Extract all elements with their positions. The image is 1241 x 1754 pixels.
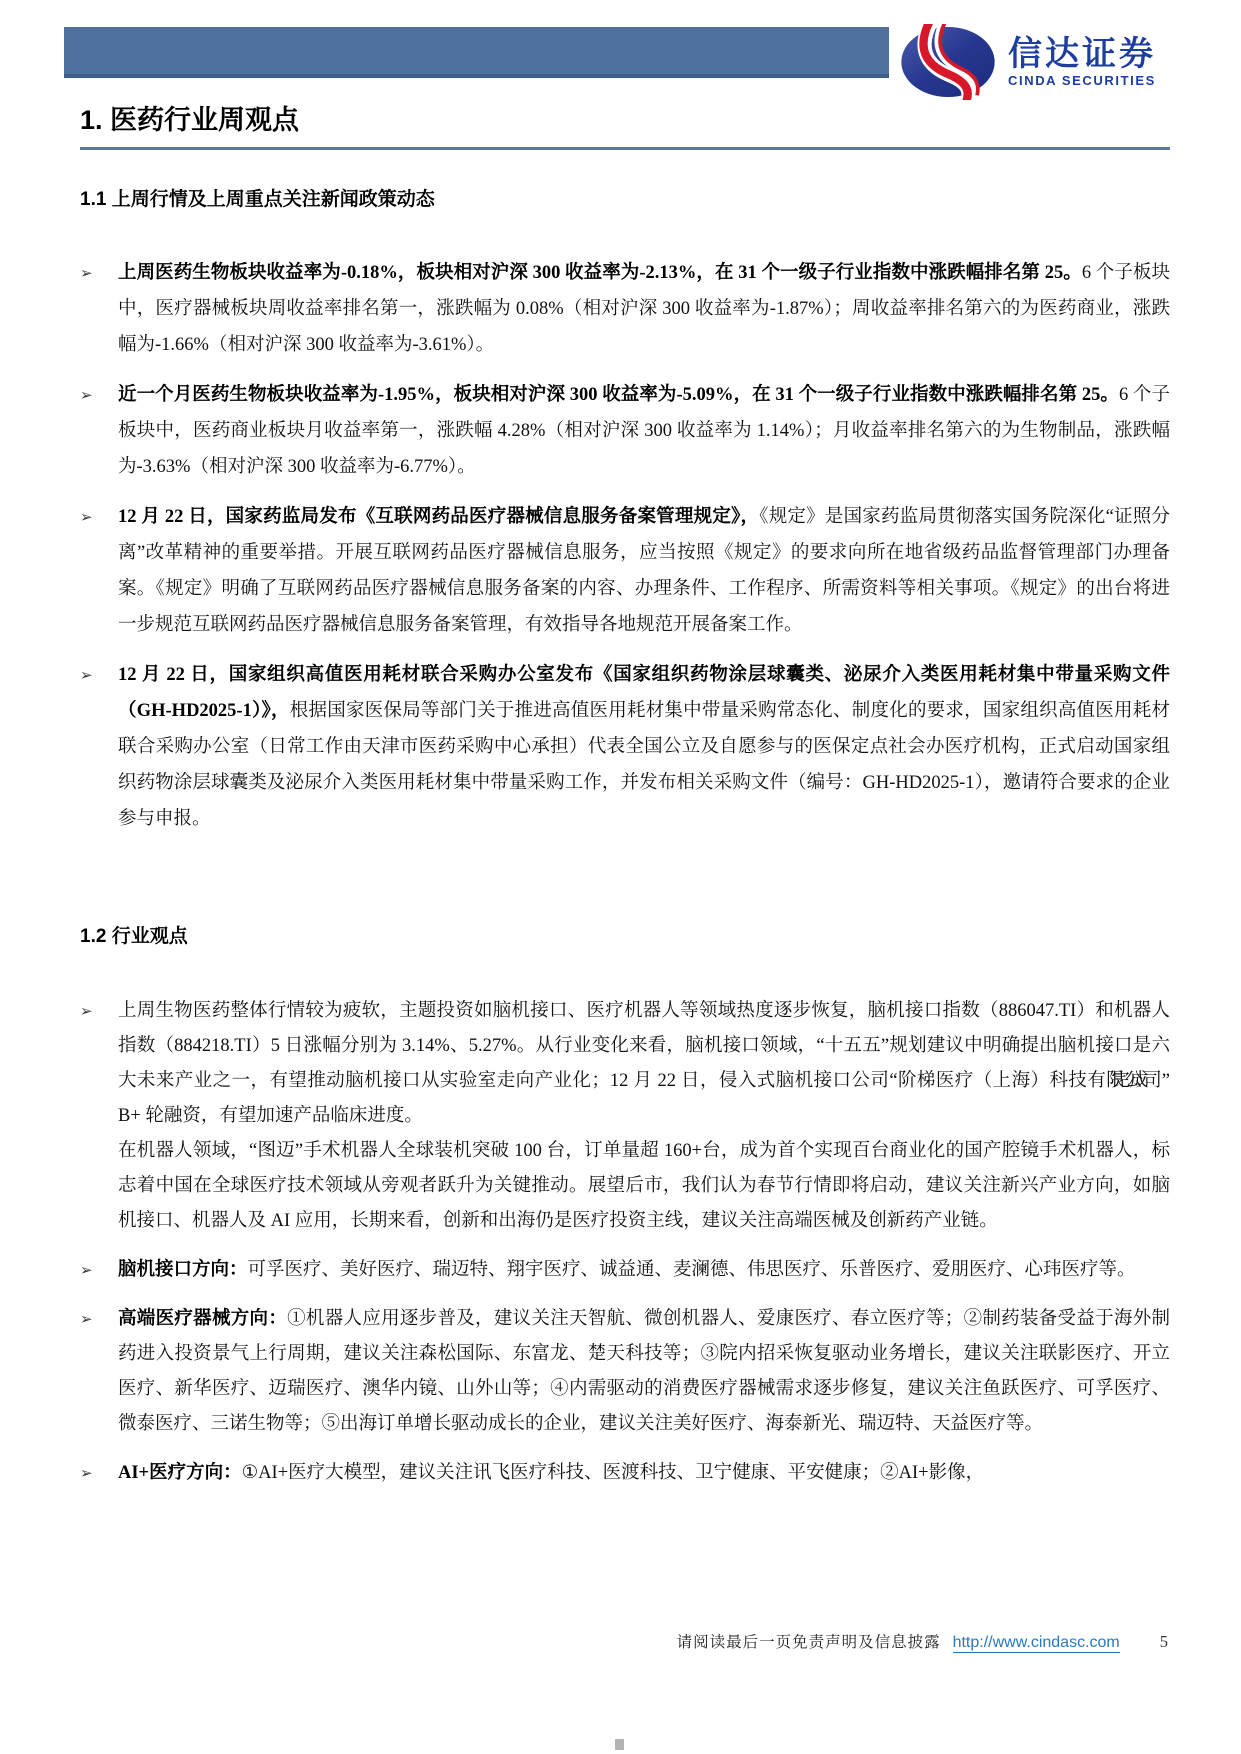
list-item: ➢ 近一个月医药生物板块收益率为-1.95%，板块相对沪深 300 收益率为-5… bbox=[80, 377, 1170, 485]
brand-name-cn: 信达证券 bbox=[1008, 37, 1156, 71]
bullet-text: 近一个月医药生物板块收益率为-1.95%，板块相对沪深 300 收益率为-5.0… bbox=[118, 377, 1170, 485]
report-page: 信达证券 CINDA SECURITIES 1. 医药行业周观点 1.1 上周行… bbox=[0, 0, 1241, 1754]
cinda-swoosh-icon bbox=[898, 24, 998, 100]
page-footer: 请阅读最后一页免责声明及信息披露 http://www.cindasc.com … bbox=[677, 1630, 1168, 1653]
arrow-bullet-icon: ➢ bbox=[80, 1253, 118, 1288]
arrow-bullet-icon: ➢ bbox=[80, 499, 118, 643]
arrow-bullet-icon: ➢ bbox=[80, 994, 118, 1239]
section-title: 1. 医药行业周观点 bbox=[80, 98, 1170, 150]
bullet-text: 上周生物医药整体行情较为疲软，主题投资如脑机接口、医疗机器人等领域热度逐步恢复，… bbox=[118, 994, 1170, 1239]
arrow-bullet-icon: ➢ bbox=[80, 1456, 118, 1491]
arrow-bullet-icon: ➢ bbox=[80, 1302, 118, 1442]
list-item: ➢ 上周生物医药整体行情较为疲软，主题投资如脑机接口、医疗机器人等领域热度逐步恢… bbox=[80, 994, 1170, 1239]
bullet-text: AI+医疗方向：①AI+医疗大模型，建议关注讯飞医疗科技、医渡科技、卫宁健康、平… bbox=[118, 1456, 1170, 1491]
bullet-body: B+ 轮融资，有望加速产品临床进度。 bbox=[118, 1106, 423, 1126]
document-body: 1. 医药行业周观点 1.1 上周行情及上周重点关注新闻政策动态 ➢ 上周医药生… bbox=[80, 98, 1170, 1505]
bullet-lead: 脑机接口方向： bbox=[118, 1260, 248, 1280]
list-item: ➢ 12 月 22 日，国家药监局发布《互联网药品医疗器械信息服务备案管理规定》… bbox=[80, 499, 1170, 643]
list-item: ➢ 高端医疗器械方向：①机器人应用逐步普及，建议关注天智航、微创机器人、爱康医疗… bbox=[80, 1302, 1170, 1442]
bullet-body: ①AI+医疗大模型，建议关注讯飞医疗科技、医渡科技、卫宁健康、平安健康；②AI+… bbox=[242, 1463, 985, 1483]
brand-name-en: CINDA SECURITIES bbox=[1008, 74, 1156, 87]
list-item: ➢ 上周医药生物板块收益率为-0.18%，板块相对沪深 300 收益率为-2.1… bbox=[80, 255, 1170, 363]
list-item: ➢ AI+医疗方向：①AI+医疗大模型，建议关注讯飞医疗科技、医渡科技、卫宁健康… bbox=[80, 1456, 1170, 1491]
arrow-bullet-icon: ➢ bbox=[80, 657, 118, 837]
brand-logo: 信达证券 CINDA SECURITIES bbox=[898, 24, 1156, 100]
company-url-link[interactable]: http://www.cindasc.com bbox=[953, 1634, 1120, 1653]
list-item: ➢ 脑机接口方向：可孚医疗、美好医疗、瑞迈特、翔宇医疗、诚益通、麦澜德、伟思医疗… bbox=[80, 1253, 1170, 1288]
bullet-lead: 12 月 22 日，国家药监局发布《互联网药品医疗器械信息服务备案管理规定》， bbox=[118, 507, 759, 527]
bullet-body: 上周生物医药整体行情较为疲软，主题投资如脑机接口、医疗机器人等领域热度逐步恢复，… bbox=[118, 1001, 1170, 1091]
bullet-lead: 上周医药生物板块收益率为-0.18%，板块相对沪深 300 收益率为-2.13%… bbox=[118, 263, 1082, 283]
bullet-body-paragraph-2: 在机器人领域，“图迈”手术机器人全球装机突破 100 台，订单量超 160+台，… bbox=[118, 1134, 1170, 1239]
bullet-text: 脑机接口方向：可孚医疗、美好医疗、瑞迈特、翔宇医疗、诚益通、麦澜德、伟思医疗、乐… bbox=[118, 1253, 1170, 1288]
bullet-list-1-2: ➢ 上周生物医药整体行情较为疲软，主题投资如脑机接口、医疗机器人等领域热度逐步恢… bbox=[80, 994, 1170, 1491]
bullet-lead: AI+医疗方向： bbox=[118, 1463, 242, 1483]
arrow-bullet-icon: ➢ bbox=[80, 255, 118, 363]
page-number: 5 bbox=[1160, 1632, 1168, 1652]
header-bar bbox=[64, 27, 889, 78]
bullet-text: 12 月 22 日，国家药监局发布《互联网药品医疗器械信息服务备案管理规定》，《… bbox=[118, 499, 1170, 643]
overlapped-text-artifact: 限公司”完成 bbox=[1106, 1064, 1170, 1099]
bullet-lead: 高端医疗器械方向： bbox=[118, 1309, 287, 1329]
bullet-text: 上周医药生物板块收益率为-0.18%，板块相对沪深 300 收益率为-2.13%… bbox=[118, 255, 1170, 363]
arrow-bullet-icon: ➢ bbox=[80, 377, 118, 485]
disclaimer-notice: 请阅读最后一页免责声明及信息披露 bbox=[677, 1630, 941, 1652]
list-item: ➢ 12 月 22 日，国家组织高值医用耗材联合采购办公室发布《国家组织药物涂层… bbox=[80, 657, 1170, 837]
page-bottom-mark bbox=[615, 1739, 624, 1750]
bullet-text: 12 月 22 日，国家组织高值医用耗材联合采购办公室发布《国家组织药物涂层球囊… bbox=[118, 657, 1170, 837]
subsection-title-1-1: 1.1 上周行情及上周重点关注新闻政策动态 bbox=[80, 184, 1170, 211]
bullet-text: 高端医疗器械方向：①机器人应用逐步普及，建议关注天智航、微创机器人、爱康医疗、春… bbox=[118, 1302, 1170, 1442]
bullet-list-1-1: ➢ 上周医药生物板块收益率为-0.18%，板块相对沪深 300 收益率为-2.1… bbox=[80, 255, 1170, 837]
bullet-body: 可孚医疗、美好医疗、瑞迈特、翔宇医疗、诚益通、麦澜德、伟思医疗、乐普医疗、爱朋医… bbox=[248, 1260, 1136, 1280]
subsection-title-1-2: 1.2 行业观点 bbox=[80, 921, 1170, 948]
bullet-lead: 近一个月医药生物板块收益率为-1.95%，板块相对沪深 300 收益率为-5.0… bbox=[118, 385, 1119, 405]
